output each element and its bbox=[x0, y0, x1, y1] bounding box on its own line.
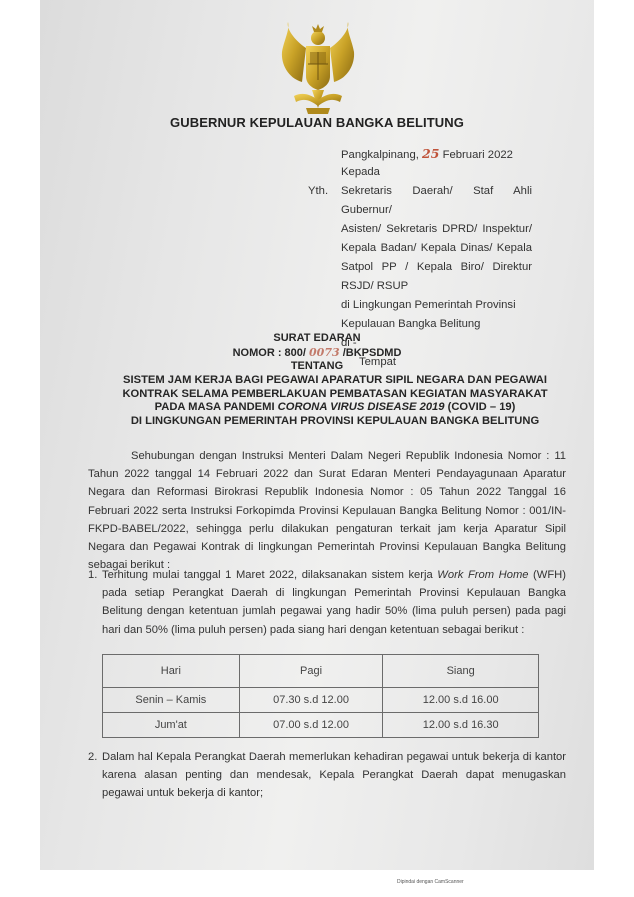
recipient-line: Sekretaris Daerah/ Staf Ahli Gubernur/ bbox=[341, 182, 532, 220]
subject-line3-italic: CORONA VIRUS DISEASE 2019 bbox=[278, 401, 445, 413]
table-row: Jum'at 07.00 s.d 12.00 12.00 s.d 16.30 bbox=[103, 713, 539, 738]
yth-label: Yth. bbox=[308, 182, 328, 201]
scanned-document-page bbox=[40, 0, 594, 870]
table-cell: Senin – Kamis bbox=[103, 688, 240, 713]
number-prefix: NOMOR : 800/ bbox=[233, 347, 306, 359]
recipient-location-line1: di Lingkungan Pemerintah Provinsi bbox=[341, 296, 532, 315]
table-header-row: Hari Pagi Siang bbox=[103, 655, 539, 688]
list-text-prefix: Dalam hal Kepala Perangkat Daerah memerl… bbox=[102, 751, 566, 799]
subject-line: PADA MASA PANDEMI CORONA VIRUS DISEASE 2… bbox=[100, 401, 570, 415]
kepada-label: Kepada bbox=[341, 163, 380, 182]
letter-date: Pangkalpinang, 25 Februari 2022 bbox=[341, 144, 513, 165]
recipient-line: Kepala Badan/ Kepala Dinas/ Kepala bbox=[341, 239, 532, 258]
circular-number: NOMOR : 800/ 0073 /BKPSDMD bbox=[0, 346, 634, 359]
handwritten-date-day: 25 bbox=[422, 146, 439, 161]
recipient-line: Satpol PP / Kepala Biro/ Direktur bbox=[341, 258, 532, 277]
column-header-siang: Siang bbox=[383, 655, 539, 688]
governor-letterhead-title: GUBERNUR KEPULAUAN BANGKA BELITUNG bbox=[0, 115, 634, 130]
column-header-pagi: Pagi bbox=[239, 655, 383, 688]
list-text-prefix: Terhitung mulai tanggal 1 Maret 2022, di… bbox=[102, 569, 437, 581]
subject-line3-prefix: PADA MASA PANDEMI bbox=[155, 401, 278, 413]
subject-line: KONTRAK SELAMA PEMBERLAKUAN PEMBATASAN K… bbox=[100, 388, 570, 402]
circular-subject: SISTEM JAM KERJA BAGI PEGAWAI APARATUR S… bbox=[100, 374, 570, 428]
subject-line3-suffix: (COVID – 19) bbox=[445, 401, 516, 413]
intro-paragraph: Sehubungan dengan Instruksi Menteri Dala… bbox=[88, 447, 566, 574]
garuda-pancasila-emblem-icon bbox=[276, 18, 360, 118]
table-cell: 12.00 s.d 16.30 bbox=[383, 713, 539, 738]
list-text-italic: Work From Home bbox=[437, 569, 528, 581]
list-number: 2. bbox=[88, 748, 97, 766]
table-cell: Jum'at bbox=[103, 713, 240, 738]
tentang-label: TENTANG bbox=[0, 360, 634, 372]
table-cell: 07.30 s.d 12.00 bbox=[239, 688, 383, 713]
work-schedule-table: Hari Pagi Siang Senin – Kamis 07.30 s.d … bbox=[102, 654, 539, 738]
table-row: Senin – Kamis 07.30 s.d 12.00 12.00 s.d … bbox=[103, 688, 539, 713]
recipient-line: Asisten/ Sekretaris DPRD/ Inspektur/ bbox=[341, 220, 532, 239]
list-item-2: 2. Dalam hal Kepala Perangkat Daerah mem… bbox=[102, 748, 566, 803]
list-item-1: 1. Terhitung mulai tanggal 1 Maret 2022,… bbox=[102, 566, 566, 639]
scanner-watermark: Dipindai dengan CamScanner bbox=[397, 879, 464, 885]
list-number: 1. bbox=[88, 566, 97, 584]
circular-title: SURAT EDARAN bbox=[0, 332, 634, 344]
date-prefix: Pangkalpinang, bbox=[341, 149, 422, 161]
table-cell: 12.00 s.d 16.00 bbox=[383, 688, 539, 713]
date-suffix: Februari 2022 bbox=[439, 149, 512, 161]
subject-line: DI LINGKUNGAN PEMERINTAH PROVINSI KEPULA… bbox=[100, 415, 570, 429]
table-cell: 07.00 s.d 12.00 bbox=[239, 713, 383, 738]
recipient-line: RSJD/ RSUP bbox=[341, 277, 532, 296]
number-suffix: /BKPSDMD bbox=[343, 347, 402, 359]
column-header-hari: Hari bbox=[103, 655, 240, 688]
handwritten-letter-number: 0073 bbox=[309, 346, 340, 359]
subject-line: SISTEM JAM KERJA BAGI PEGAWAI APARATUR S… bbox=[100, 374, 570, 388]
